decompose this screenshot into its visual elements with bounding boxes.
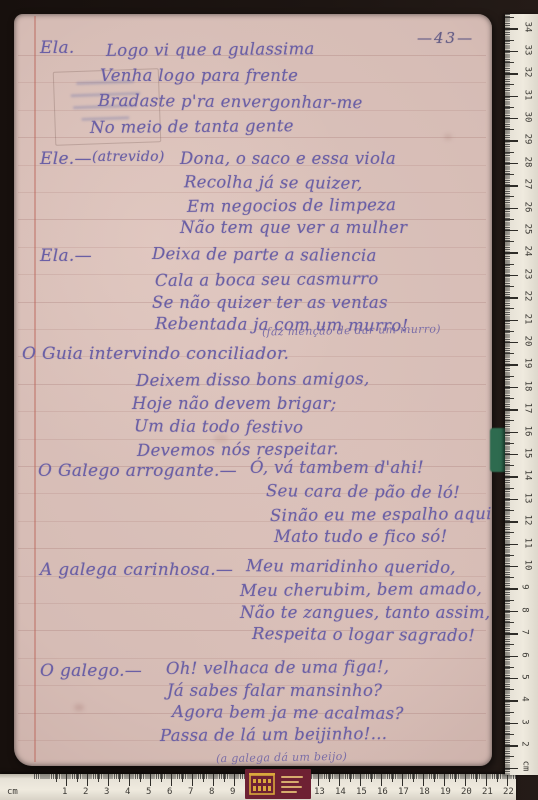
ruler-cm-tick — [505, 73, 518, 74]
verse-line: Cala a boca seu casmurro — [155, 269, 379, 290]
horizontal-ruler-unit-label: cm — [7, 787, 18, 797]
ruler-half-tick — [77, 774, 78, 782]
verse-line: Bradaste p'ra envergonhar-me — [98, 91, 363, 112]
verse-line: Logo vi que a gulassima — [106, 39, 315, 60]
ruler-half-tick — [505, 40, 514, 41]
ruler-cm-tick — [505, 409, 518, 410]
ruler-half-tick — [505, 241, 514, 242]
ruler-number: 10 — [522, 560, 532, 571]
ruler-number: 18 — [522, 380, 532, 391]
ruler-number: 22 — [503, 787, 514, 797]
ruler-half-tick — [505, 308, 514, 309]
ruler-cm-tick — [505, 28, 518, 29]
ruler-cm-tick — [505, 476, 518, 477]
ruler-number: 12 — [522, 515, 532, 526]
ruler-number: 14 — [522, 470, 532, 481]
stage-aside: (faz menção de dar um murro) — [262, 322, 441, 338]
ruler-cm-tick — [108, 774, 109, 786]
ruler-number: 15 — [522, 448, 532, 459]
ruler-number: 5 — [520, 674, 530, 679]
ruler-half-tick — [505, 219, 514, 220]
speaker-label: O Galego arrogante.— — [38, 461, 237, 481]
ruler-cm-tick — [171, 774, 172, 786]
ruler-number: 20 — [522, 336, 532, 347]
ruler-number: 19 — [440, 787, 451, 797]
speaker-label: O Guia intervindo conciliador. — [22, 344, 289, 364]
page-number: —43— — [417, 29, 474, 47]
ruler-half-tick — [505, 756, 514, 757]
ruler-cm-tick — [381, 774, 382, 786]
verse-line: Seu cara de pão de ló! — [266, 481, 460, 502]
ruler-half-tick — [505, 689, 514, 690]
red-margin-line — [34, 16, 36, 762]
ruler-cm-tick — [505, 700, 518, 701]
ruler-half-tick — [505, 600, 514, 601]
ruler-half-tick — [505, 622, 514, 623]
ruler-half-tick — [505, 465, 514, 466]
vertical-cm-ruler: cm 3433323130292827262524232221201918171… — [505, 14, 538, 775]
paper-stain — [444, 134, 452, 140]
ruler-half-tick — [505, 331, 514, 332]
ruler-cm-tick — [505, 140, 518, 141]
vertical-ruler-unit-label: cm — [520, 761, 530, 772]
ruler-number: 11 — [522, 537, 532, 548]
verse-line: Deixa de parte a saliencia — [152, 244, 377, 265]
speaker-label: Ela.— — [40, 246, 92, 266]
ruler-half-tick — [505, 644, 514, 645]
ruler-number: 9 — [520, 585, 530, 590]
ruler-cm-tick — [339, 774, 340, 786]
ruler-number: 30 — [522, 112, 532, 123]
ruler-number: 25 — [522, 224, 532, 235]
ruler-cm-tick — [505, 320, 518, 321]
ruler-cm-tick — [505, 96, 518, 97]
ruler-number: 2 — [520, 741, 530, 746]
ruler-half-tick — [56, 774, 57, 782]
ruler-cm-tick — [505, 656, 518, 657]
verse-line: Agora bem ja me acalmas? — [172, 702, 404, 723]
ruler-half-tick — [497, 774, 498, 782]
verse-line: Não tem que ver a mulher — [180, 218, 407, 237]
ruler-number: 2 — [83, 787, 88, 797]
ruler-number: 28 — [522, 156, 532, 167]
logo-text-line — [281, 776, 303, 778]
ruler-number: 32 — [522, 67, 532, 78]
scanned-manuscript-page: —43— Ela.Logo vi que a gulassimaVenha lo… — [0, 0, 538, 800]
speaker-label: O galego.— — [40, 661, 142, 681]
ruler-half-tick — [505, 17, 514, 18]
verse-line: Sinão eu me espalho aqui — [270, 504, 492, 525]
verse-line: Já sabes falar mansinho? — [167, 681, 382, 700]
ruler-number: 20 — [461, 787, 472, 797]
ruler-number: 13 — [314, 787, 325, 797]
ruler-number: 18 — [419, 787, 430, 797]
ruler-cm-tick — [402, 774, 403, 786]
ruler-half-tick — [98, 774, 99, 782]
ruler-cm-tick — [318, 774, 319, 786]
verse-line: Se não quizer ter as ventas — [152, 293, 388, 312]
ruler-half-tick — [455, 774, 456, 782]
verse-line: Não te zangues, tanto assim, — [240, 603, 490, 622]
ruled-line — [18, 192, 486, 193]
ruler-cm-tick — [505, 252, 518, 253]
ruler-half-tick — [505, 420, 514, 421]
speaker-label: A galega carinhosa.— — [40, 560, 233, 580]
verse-line: Venha logo para frente — [100, 66, 298, 85]
ruler-cm-tick — [486, 774, 487, 786]
ruler-number: 1 — [62, 787, 67, 797]
ruler-number: 4 — [520, 697, 530, 702]
verse-line: Hoje não devem brigar; — [132, 394, 337, 413]
ruler-cm-tick — [505, 633, 518, 634]
ruler-number: 17 — [398, 787, 409, 797]
ruler-half-tick — [505, 353, 514, 354]
verse-line: Passa de lá um beijinho!... — [160, 724, 387, 745]
ruler-number: 23 — [522, 268, 532, 279]
ruler-cm-tick — [505, 544, 518, 545]
ruler-number: 26 — [522, 201, 532, 212]
ruler-half-tick — [434, 774, 435, 782]
ruler-number: 34 — [522, 22, 532, 33]
ruler-half-tick — [140, 774, 141, 782]
ruler-half-tick — [505, 577, 514, 578]
verse-line: Meu cherubim, bem amado, — [240, 579, 482, 600]
ruler-half-tick — [161, 774, 162, 782]
ruler-half-tick — [476, 774, 477, 782]
ruler-cm-tick — [505, 454, 518, 455]
ruler-number: 17 — [522, 403, 532, 414]
verse-line: Ó, vá tambem d'ahi! — [250, 458, 424, 477]
ruler-half-tick — [505, 264, 514, 265]
logo-text-line — [281, 781, 299, 783]
ruler-half-tick — [413, 774, 414, 782]
ruler-cm-tick — [465, 774, 466, 786]
ruler-half-tick — [505, 488, 514, 489]
ruler-cm-tick — [505, 163, 518, 164]
stage-direction: (atrevido) — [92, 149, 165, 165]
ruler-cm-tick — [505, 342, 518, 343]
verse-line: No meio de tanta gente — [90, 116, 294, 137]
ruler-half-tick — [505, 84, 514, 85]
ruler-cm-tick — [505, 208, 518, 209]
speaker-label: Ela. — [40, 38, 75, 58]
ruler-half-tick — [505, 398, 514, 399]
ruler-number: 6 — [167, 787, 172, 797]
ruler-number: 8 — [520, 607, 530, 612]
ruler-cm-tick — [505, 566, 518, 567]
ruler-cm-tick — [234, 774, 235, 786]
verse-line: Deixem disso bons amigos, — [136, 369, 370, 390]
manuscript-paper: —43— Ela.Logo vi que a gulassimaVenha lo… — [14, 14, 492, 766]
ruler-cm-tick — [505, 185, 518, 186]
ruler-half-tick — [203, 774, 204, 782]
ruler-number: 3 — [104, 787, 109, 797]
ruler-half-tick — [505, 62, 514, 63]
ruler-cm-tick — [360, 774, 361, 786]
ruler-half-tick — [505, 376, 514, 377]
ruler-number: 13 — [522, 492, 532, 503]
speaker-label: Ele.— — [40, 149, 92, 169]
ruler-cm-tick — [505, 723, 518, 724]
ruler-cm-tick — [505, 678, 518, 679]
archive-logo — [245, 769, 311, 799]
ruler-half-tick — [505, 286, 514, 287]
ruler-cm-tick — [66, 774, 67, 786]
ruler-cm-tick — [150, 774, 151, 786]
vertical-ruler-mm-ticks — [505, 14, 510, 775]
ruler-number: 8 — [209, 787, 214, 797]
ruler-half-tick — [182, 774, 183, 782]
verse-line: Respeita o logar sagrado! — [252, 624, 475, 645]
verse-line: Meu maridinho querido, — [246, 556, 456, 577]
ruler-cm-tick — [507, 774, 508, 786]
ruler-cm-tick — [505, 588, 518, 589]
logo-text-line — [281, 786, 302, 788]
ruler-half-tick — [505, 555, 514, 556]
ruler-half-tick — [505, 196, 514, 197]
ruler-number: 24 — [522, 246, 532, 257]
ruler-half-tick — [329, 774, 330, 782]
ruler-cm-tick — [505, 364, 518, 365]
ruler-cm-tick — [505, 297, 518, 298]
ruled-line — [18, 548, 486, 549]
ruler-half-tick — [505, 510, 514, 511]
ruler-number: 4 — [125, 787, 130, 797]
ruler-half-tick — [392, 774, 393, 782]
ruler-number: 21 — [482, 787, 493, 797]
verse-line: Dona, o saco e essa viola — [180, 149, 396, 168]
ruler-half-tick — [505, 667, 514, 668]
ruler-number: 19 — [522, 358, 532, 369]
ruler-half-tick — [224, 774, 225, 782]
ruler-number: 14 — [335, 787, 346, 797]
ruler-cm-tick — [192, 774, 193, 786]
paper-stain — [74, 704, 84, 711]
ruler-number: 27 — [522, 179, 532, 190]
ruler-number: 16 — [522, 425, 532, 436]
verse-line: Mato tudo e fico só! — [274, 527, 447, 546]
ruler-number: 7 — [188, 787, 193, 797]
archive-building-icon — [249, 772, 275, 796]
ruler-number: 6 — [520, 652, 530, 657]
ruler-number: 15 — [356, 787, 367, 797]
ruler-number: 5 — [146, 787, 151, 797]
logo-text-line — [281, 791, 297, 793]
ruler-number: 22 — [522, 291, 532, 302]
ruler-cm-tick — [505, 768, 518, 769]
ruler-cm-tick — [423, 774, 424, 786]
ruler-cm-tick — [505, 387, 518, 388]
ruler-cm-tick — [505, 499, 518, 500]
ruler-number: 16 — [377, 787, 388, 797]
ruler-cm-tick — [505, 432, 518, 433]
ruler-half-tick — [505, 129, 514, 130]
ruler-half-tick — [505, 152, 514, 153]
ruler-cm-tick — [87, 774, 88, 786]
ruler-cm-tick — [505, 230, 518, 231]
ruler-half-tick — [505, 174, 514, 175]
ruler-cm-tick — [505, 611, 518, 612]
ruler-half-tick — [505, 734, 514, 735]
ruler-number: 29 — [522, 134, 532, 145]
ruler-number: 7 — [520, 629, 530, 634]
ruler-cm-tick — [505, 51, 518, 52]
ruler-half-tick — [505, 107, 514, 108]
ruler-number: 33 — [522, 44, 532, 55]
ruler-number: 21 — [522, 313, 532, 324]
verse-line: Em negocios de limpeza — [187, 195, 396, 216]
ruler-cm-tick — [444, 774, 445, 786]
ruler-number: 3 — [520, 719, 530, 724]
stage-aside: (a galega dá um beijo) — [216, 750, 347, 765]
ruler-cm-tick — [213, 774, 214, 786]
verse-line: Devemos nós respeitar. — [137, 439, 339, 460]
ruler-cm-tick — [129, 774, 130, 786]
verse-line: Recolha já se quizer, — [184, 172, 363, 193]
ruler-cm-tick — [505, 275, 518, 276]
ruler-number: 31 — [522, 89, 532, 100]
ruler-number: 9 — [230, 787, 235, 797]
ruler-cm-tick — [505, 745, 518, 746]
verse-line: Um dia todo festivo — [134, 416, 303, 436]
ruler-half-tick — [505, 443, 514, 444]
ruler-cm-tick — [505, 521, 518, 522]
verse-line: Oh! velhaca de uma figa!, — [166, 657, 389, 678]
ruler-half-tick — [505, 712, 514, 713]
ruler-cm-tick — [505, 118, 518, 119]
ruler-half-tick — [371, 774, 372, 782]
ruler-half-tick — [505, 532, 514, 533]
ruler-half-tick — [350, 774, 351, 782]
ruler-half-tick — [119, 774, 120, 782]
